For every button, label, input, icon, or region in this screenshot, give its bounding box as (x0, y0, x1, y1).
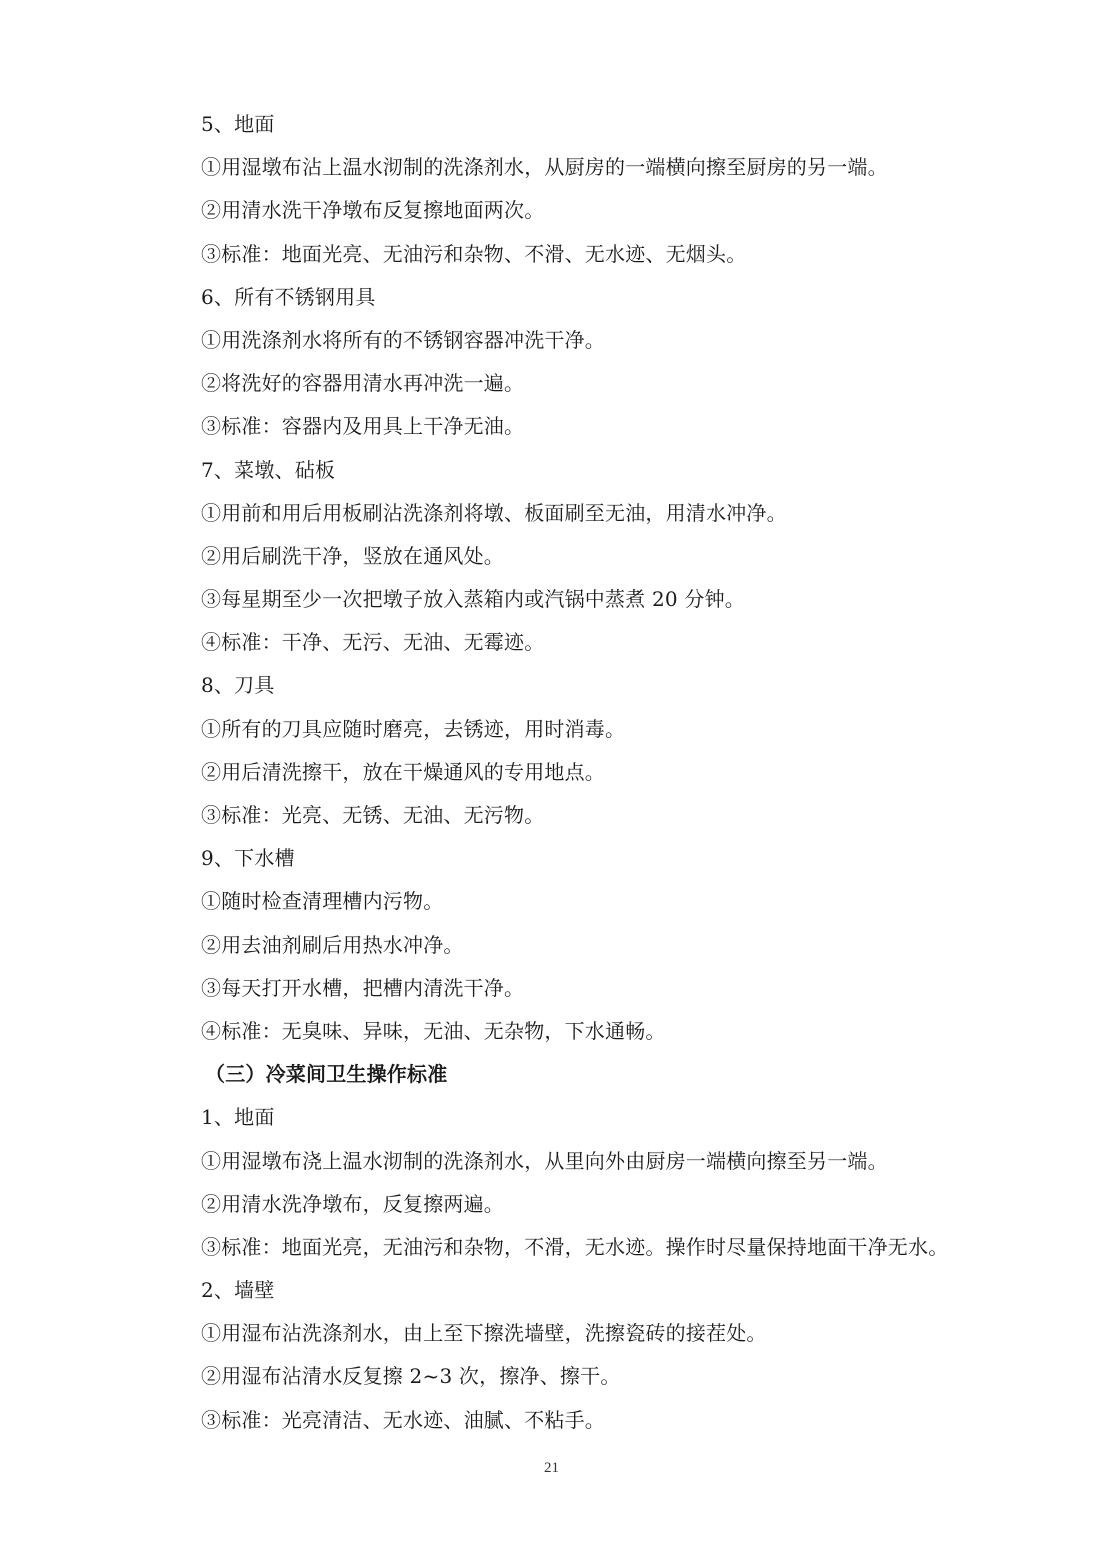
step-text: ①用湿墩布沾上温水沏制的洗涤剂水，从厨房的一端横向擦至厨房的另一端。 (201, 146, 1021, 189)
standard-text: ③标准：光亮清洁、无水迹、油腻、不粘手。 (201, 1399, 1021, 1442)
page-number: 21 (0, 1460, 1103, 1477)
item-heading-walls: 2、墙壁 (201, 1269, 1021, 1312)
standard-text: ③标准：容器内及用具上干净无油。 (201, 405, 1021, 448)
step-text: ①用湿墩布浇上温水沏制的洗涤剂水，从里向外由厨房一端横向擦至另一端。 (201, 1140, 1021, 1183)
step-text: ②用后清洗擦干，放在干燥通风的专用地点。 (201, 751, 1021, 794)
step-text: ①用前和用后用板刷沾洗涤剂将墩、板面刷至无油，用清水冲净。 (201, 492, 1021, 535)
step-text: ②将洗好的容器用清水再冲洗一遍。 (201, 362, 1021, 405)
step-text: ①所有的刀具应随时磨亮，去锈迹，用时消毒。 (201, 708, 1021, 751)
section-heading-cold-dish-room: （三）冷菜间卫生操作标准 (205, 1053, 1021, 1096)
item-heading-stainless-utensils: 6、所有不锈钢用具 (201, 276, 1021, 319)
document-body: 5、地面 ①用湿墩布沾上温水沏制的洗涤剂水，从厨房的一端横向擦至厨房的另一端。 … (201, 103, 1021, 1442)
standard-text: ④标准：无臭味、异味，无油、无杂物，下水通畅。 (201, 1010, 1021, 1053)
step-text: ②用后刷洗干净，竖放在通风处。 (201, 535, 1021, 578)
step-text: ②用清水洗干净墩布反复擦地面两次。 (201, 189, 1021, 232)
standard-text: ③标准：地面光亮，无油污和杂物，不滑，无水迹。操作时尽量保持地面干净无水。 (201, 1226, 1021, 1269)
item-heading-cutting-boards: 7、菜墩、砧板 (201, 449, 1021, 492)
step-text: ①用湿布沾洗涤剂水，由上至下擦洗墙壁，洗擦瓷砖的接茬处。 (201, 1312, 1021, 1355)
document-page: 5、地面 ①用湿墩布沾上温水沏制的洗涤剂水，从厨房的一端横向擦至厨房的另一端。 … (0, 0, 1103, 1559)
standard-text: ③标准：地面光亮、无油污和杂物、不滑、无水迹、无烟头。 (201, 233, 1021, 276)
step-text: ②用去油剂刷后用热水冲净。 (201, 924, 1021, 967)
item-heading-knives: 8、刀具 (201, 664, 1021, 707)
step-text: ①随时检查清理槽内污物。 (201, 880, 1021, 923)
step-text: ③每天打开水槽，把槽内清洗干净。 (201, 967, 1021, 1010)
item-heading-sink: 9、下水槽 (201, 837, 1021, 880)
step-text: ③每星期至少一次把墩子放入蒸箱内或汽锅中蒸煮 20 分钟。 (201, 578, 1021, 621)
step-text: ②用清水洗净墩布，反复擦两遍。 (201, 1183, 1021, 1226)
standard-text: ④标准：干净、无污、无油、无霉迹。 (201, 621, 1021, 664)
step-text: ①用洗涤剂水将所有的不锈钢容器冲洗干净。 (201, 319, 1021, 362)
item-heading-floor: 5、地面 (201, 103, 1021, 146)
step-text: ②用湿布沾清水反复擦 2~3 次，擦净、擦干。 (201, 1355, 1021, 1398)
item-heading-floor: 1、地面 (201, 1096, 1021, 1139)
standard-text: ③标准：光亮、无锈、无油、无污物。 (201, 794, 1021, 837)
